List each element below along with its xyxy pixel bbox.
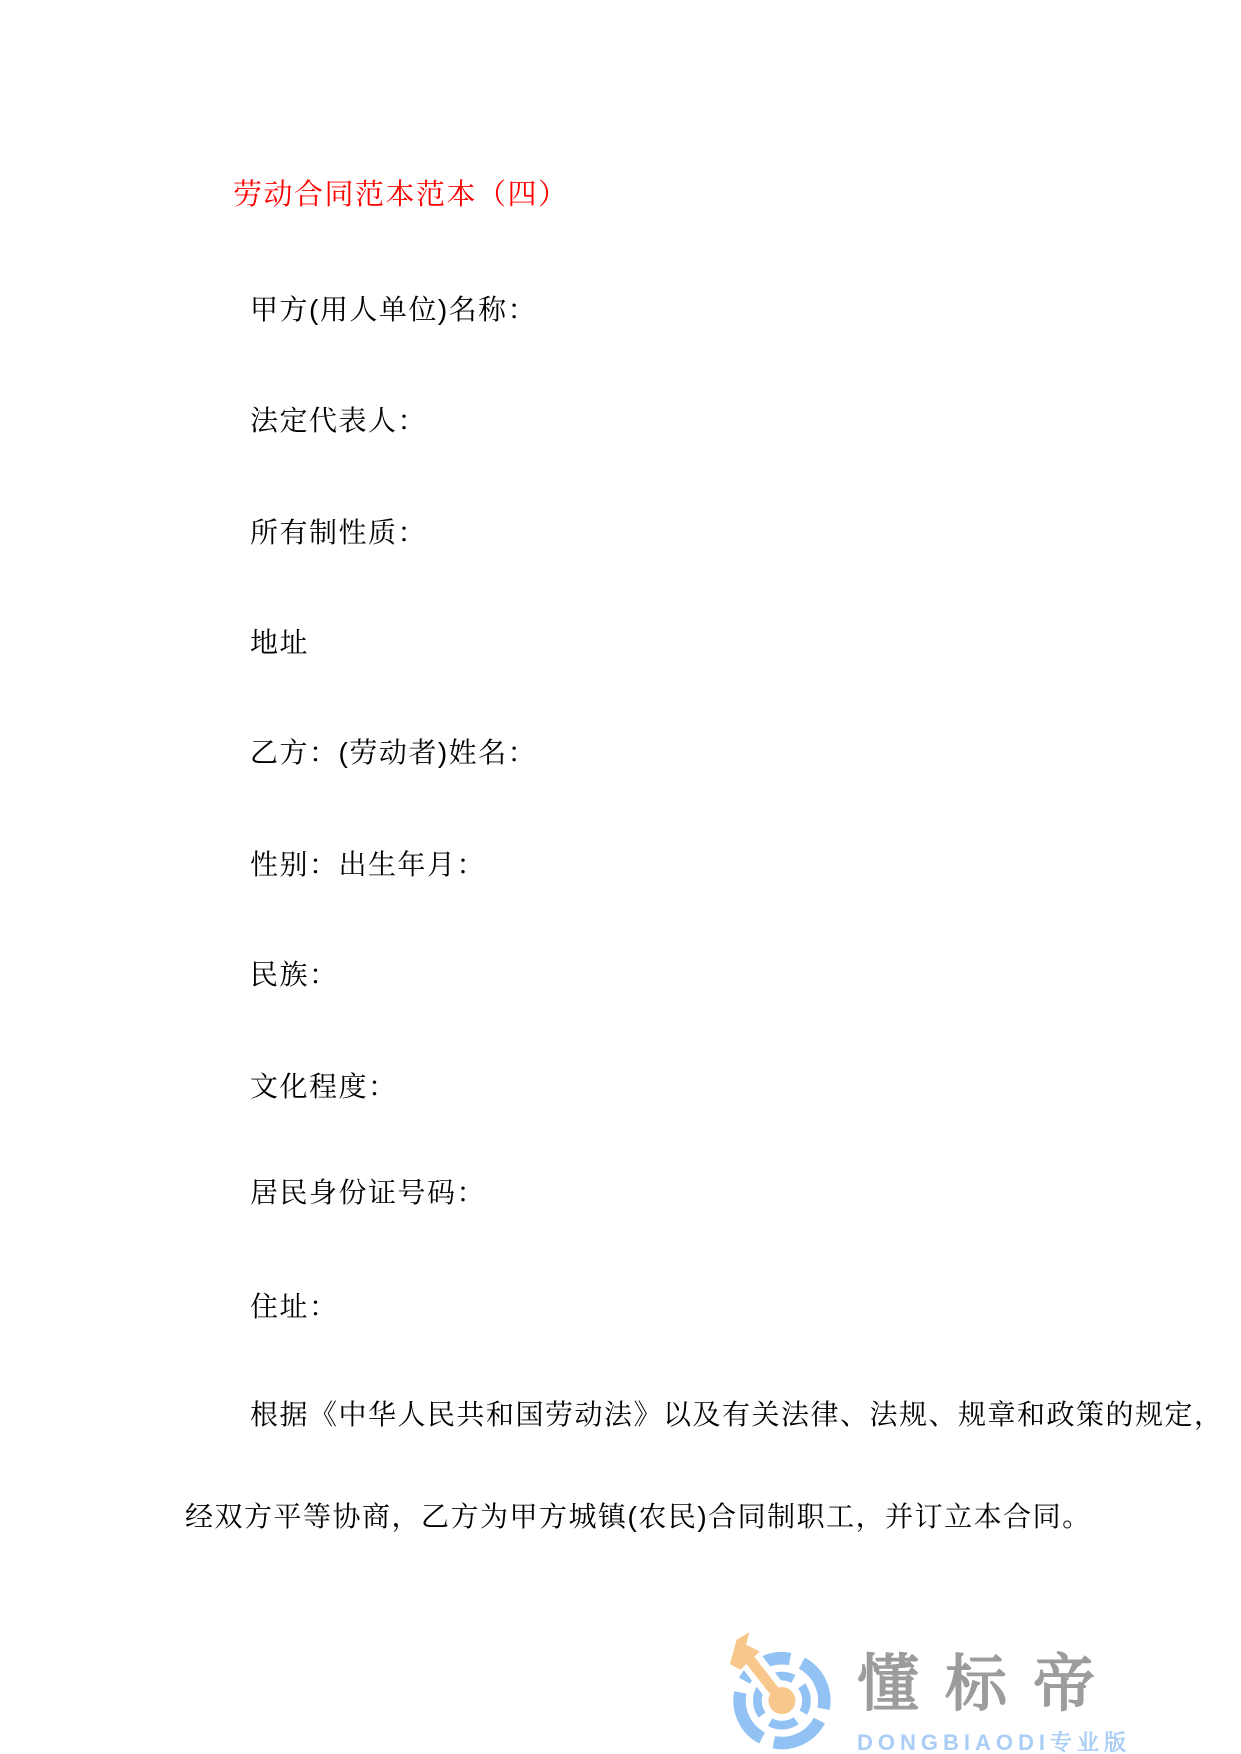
field-line-ethnicity: 民族： bbox=[250, 953, 339, 993]
field-line-party-a-name: 甲方(用人单位)名称： bbox=[250, 288, 537, 328]
field-line-residence: 住址： bbox=[250, 1285, 339, 1325]
brand-target-dart-icon bbox=[727, 1630, 833, 1752]
brand-tagline: DONGBIAODI专业版 bbox=[857, 1726, 1131, 1754]
brand-edition-label: 专业版 bbox=[1050, 1730, 1131, 1754]
brand-name-cn: 懂标帝 bbox=[857, 1654, 1131, 1716]
field-line-party-b-name: 乙方：(劳动者)姓名： bbox=[250, 731, 537, 771]
watermark: 懂标帝 DONGBIAODI专业版 bbox=[727, 1630, 1131, 1754]
field-line-id-number: 居民身份证号码： bbox=[250, 1171, 486, 1211]
field-line-education-level: 文化程度： bbox=[250, 1065, 398, 1105]
field-line-gender-birthdate: 性别：出生年月： bbox=[250, 843, 486, 883]
paragraph-line-agreement: 经双方平等协商，乙方为甲方城镇(农民)合同制职工，并订立本合同。 bbox=[185, 1495, 1092, 1535]
field-line-ownership-type: 所有制性质： bbox=[250, 511, 427, 551]
paragraph-line-basis: 根据《中华人民共和国劳动法》以及有关法律、法规、规章和政策的规定， bbox=[250, 1393, 1224, 1433]
doc-title: 劳动合同范本范本（四） bbox=[233, 172, 569, 213]
brand-text-block: 懂标帝 DONGBIAODI专业版 bbox=[857, 1630, 1131, 1754]
field-line-legal-representative: 法定代表人： bbox=[250, 399, 427, 439]
field-line-address: 地址 bbox=[250, 621, 309, 661]
brand-name-en: DONGBIAODI bbox=[857, 1730, 1050, 1754]
contract-document-page: 劳动合同范本范本（四） 甲方(用人单位)名称： 法定代表人： 所有制性质： 地址… bbox=[0, 0, 1241, 1754]
